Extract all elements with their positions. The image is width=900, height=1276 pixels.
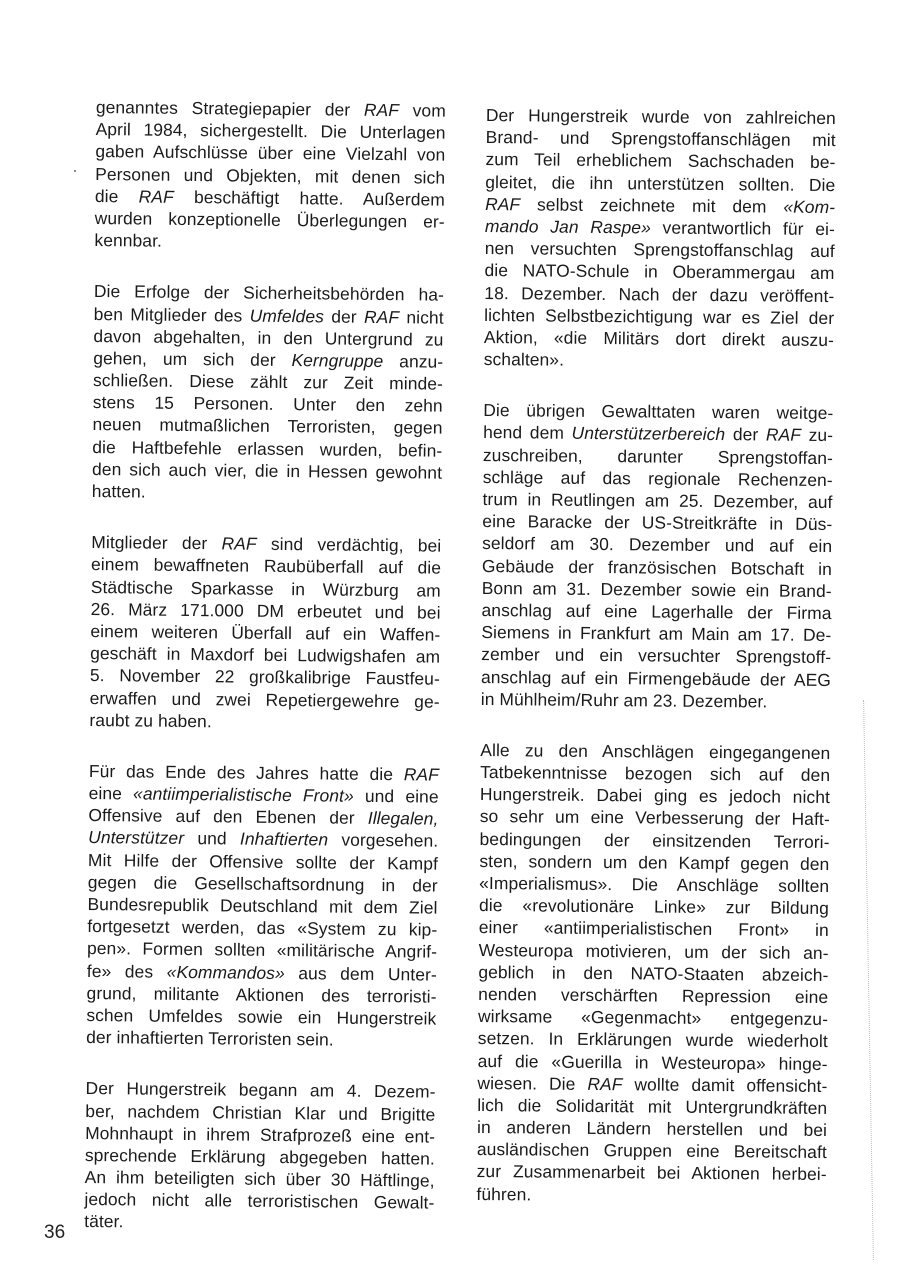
text-line: hend dem Unterstützerbereich der RAF zu- [483, 421, 833, 446]
text-line: in Mühlheim/Ruhr am 23. Dezember. [481, 688, 831, 713]
text-line: Der Hungerstreik begann am 4. Dezem- [85, 1077, 435, 1103]
text-line: Westeuropa motivieren, um der sich an- [479, 939, 829, 964]
paragraph: Der Hungerstreik wurde von zahlreichenBr… [484, 104, 836, 373]
text-line: gaben Aufschlüsse über eine Vielzahl von [95, 140, 445, 166]
text-line: Die übrigen Gewalttaten waren weitge- [483, 399, 833, 424]
paragraph: Für das Ende des Jahres hatte die RAFein… [86, 760, 439, 1052]
text-line: anschlag auf eine Lagerhalle der Firma [481, 599, 831, 624]
text-line: Aktion, «die Militärs dort direkt auszu- [484, 326, 834, 351]
emphasis: RAF [364, 306, 399, 326]
text-line: nen versuchten Sprengstoffanschlag auf [485, 237, 835, 262]
text-line: fe» des «Kommandos» aus dem Unter- [87, 960, 437, 986]
text-line: zum Teil erheblichem Sachschaden be- [485, 148, 835, 173]
text-line: Der Hungerstreik wurde von zahlreichen [486, 104, 836, 129]
text-line: Unterstützer und Inhaftierten vorgesehen… [88, 826, 438, 852]
emphasis: RAF [364, 100, 399, 120]
text-line: einem bewaffneten Raubüberfall auf die [91, 553, 441, 579]
text-line: führen. [476, 1183, 826, 1208]
paragraph: Die Erfolge der Sicherheitsbehörden ha-b… [92, 280, 444, 506]
text-line: ber, nachdem Christian Klar und Brigitte [85, 1099, 435, 1125]
text-line: ben Mitglieder des Umfeldes der RAF nich… [94, 302, 444, 328]
text-line: gleitet, die ihn unterstützen sollten. D… [485, 171, 835, 196]
text-line: 5. November 22 großkalibrige Faustfeu- [90, 664, 440, 690]
text-line: so sehr um eine Verbesserung der Haft- [480, 805, 830, 830]
emphasis: RAF [766, 425, 801, 445]
emphasis: RAF [587, 1074, 622, 1094]
left-column: genanntes Strategiepapier der RAF vomApr… [84, 96, 446, 1265]
text-line: geblich in den NATO-Staaten abzeich- [478, 961, 828, 986]
text-line: in anderen Ländern herstellen und bei [477, 1116, 827, 1141]
emphasis: Inhaftierten [240, 829, 328, 850]
text-line: pen». Formen sollten «militärische Angri… [87, 937, 437, 963]
emphasis: Umfeldes [250, 305, 324, 326]
emphasis: RAF [221, 534, 256, 554]
text-line: «Imperialismus». Die Anschläge sollten [479, 872, 829, 897]
text-line: Gebäude der französischen Botschaft in [482, 555, 832, 580]
text-line: Hungerstreik. Dabei ging es jedoch nicht [480, 783, 830, 808]
text-line: nenden verschärften Repression eine [478, 983, 828, 1008]
text-line: Bonn am 31. Dezember sowie ein Brand- [482, 577, 832, 602]
text-line: die «revolutionäre Linke» zur Bildung [479, 894, 829, 919]
text-line: lich die Solidarität mit Untergrundkräft… [477, 1094, 827, 1119]
emphasis: RAF [404, 764, 439, 784]
text-line: Städtische Sparkasse in Würzburg am [91, 576, 441, 602]
text-line: der inhaftierten Terroristen sein. [86, 1026, 436, 1052]
text-line: die NATO-Schule in Oberammergau am [484, 259, 834, 284]
text-line: sten, sondern um den Kampf gegen den [479, 850, 829, 875]
text-line: Die Erfolge der Sicherheitsbehörden ha- [94, 280, 444, 306]
paragraph: genanntes Strategiepapier der RAF vomApr… [94, 96, 446, 255]
text-line: wirksame «Gegenmacht» entgegenzu- [478, 1005, 828, 1030]
text-line: schläge auf das regionale Rechenzen- [483, 466, 833, 491]
text-line: seldorf am 30. Dezember und auf ein [482, 532, 832, 557]
emphasis: Kerngruppe [291, 350, 383, 371]
text-line: bedingungen der einsitzenden Terrori- [479, 828, 829, 853]
emphasis: mando Jan Raspe» [485, 216, 651, 237]
text-line: mando Jan Raspe» verantwortlich für ei- [485, 215, 835, 240]
text-line: RAF selbst zeichnete mit dem «Kom- [485, 193, 835, 218]
text-line: eine Baracke der US-Streitkräfte in Düs- [482, 510, 832, 535]
paragraph: Mitglieder der RAF sind verdächtig, beie… [89, 531, 441, 734]
text-line: kennbar. [94, 229, 444, 255]
text-line: zember und ein versuchter Sprengstoff- [481, 643, 831, 668]
text-line: schalten». [484, 348, 834, 373]
text-line: Brand- und Sprengstoffanschlägen mit [486, 126, 836, 151]
text-line: täter. [84, 1210, 434, 1236]
text-line: einer «antiimperialistischen Front» in [479, 916, 829, 941]
text-line: Siemens in Frankfurt am Main am 17. De- [481, 621, 831, 646]
text-line: wiesen. Die RAF wollte damit offensicht- [477, 1072, 827, 1097]
text-line: ausländischen Gruppen eine Bereitschaft [477, 1138, 827, 1163]
emphasis: «Kommandos» [167, 961, 285, 982]
emphasis: RAF [139, 186, 174, 206]
text-line: jedoch nicht alle terroristischen Gewalt… [84, 1188, 434, 1214]
emphasis: «antiimperialistische Front» [133, 783, 354, 805]
text-line: hatten. [92, 480, 442, 506]
emphasis: RAF [485, 194, 520, 214]
text-line: raubt zu haben. [89, 709, 439, 735]
text-line: anschlag auf ein Firmengebäude der AEG [481, 665, 831, 690]
text-line: setzen. In Erklärungen wurde wiederholt [478, 1027, 828, 1052]
text-line: zuschreiben, darunter Sprengstoffan- [483, 444, 833, 469]
emphasis: Unterstützer [88, 827, 184, 848]
paragraph: Die übrigen Gewalttaten waren weitge-hen… [481, 399, 834, 713]
text-line: 18. Dezember. Nach der dazu veröffent- [484, 281, 834, 306]
emphasis: Unterstützerbereich [572, 423, 726, 444]
paragraph: Der Hungerstreik begann am 4. Dezem-ber,… [84, 1077, 436, 1236]
text-line: neuen mutmaßlichen Terroristen, gegen [92, 413, 442, 439]
text-line: lichten Selbstbezichtigung war es Ziel d… [484, 304, 834, 329]
page-number: 36 [44, 1222, 65, 1244]
text-line: Alle zu den Anschlägen eingegangenen [480, 739, 830, 764]
emphasis: «Kom- [783, 196, 835, 216]
text-line: trum in Reutlingen am 25. Dezember, auf [482, 488, 832, 513]
paragraph: Alle zu den Anschlägen eingegangenenTatb… [476, 739, 830, 1208]
scan-edge-artifact [863, 700, 875, 1260]
text-line: Tatbekenntnisse bezogen sich auf den [480, 761, 830, 786]
text-line: zur Zusammenarbeit bei Aktionen herbei- [477, 1160, 827, 1185]
emphasis: Illegalen, [368, 808, 439, 829]
text-line: auf die «Guerilla in Westeuropa» hinge- [478, 1049, 828, 1074]
right-column: Der Hungerstreik wurde von zahlreichenBr… [476, 104, 836, 1237]
text-line: erwaffen und zwei Repetiergewehre ge- [90, 686, 440, 712]
scan-speck [74, 170, 76, 172]
